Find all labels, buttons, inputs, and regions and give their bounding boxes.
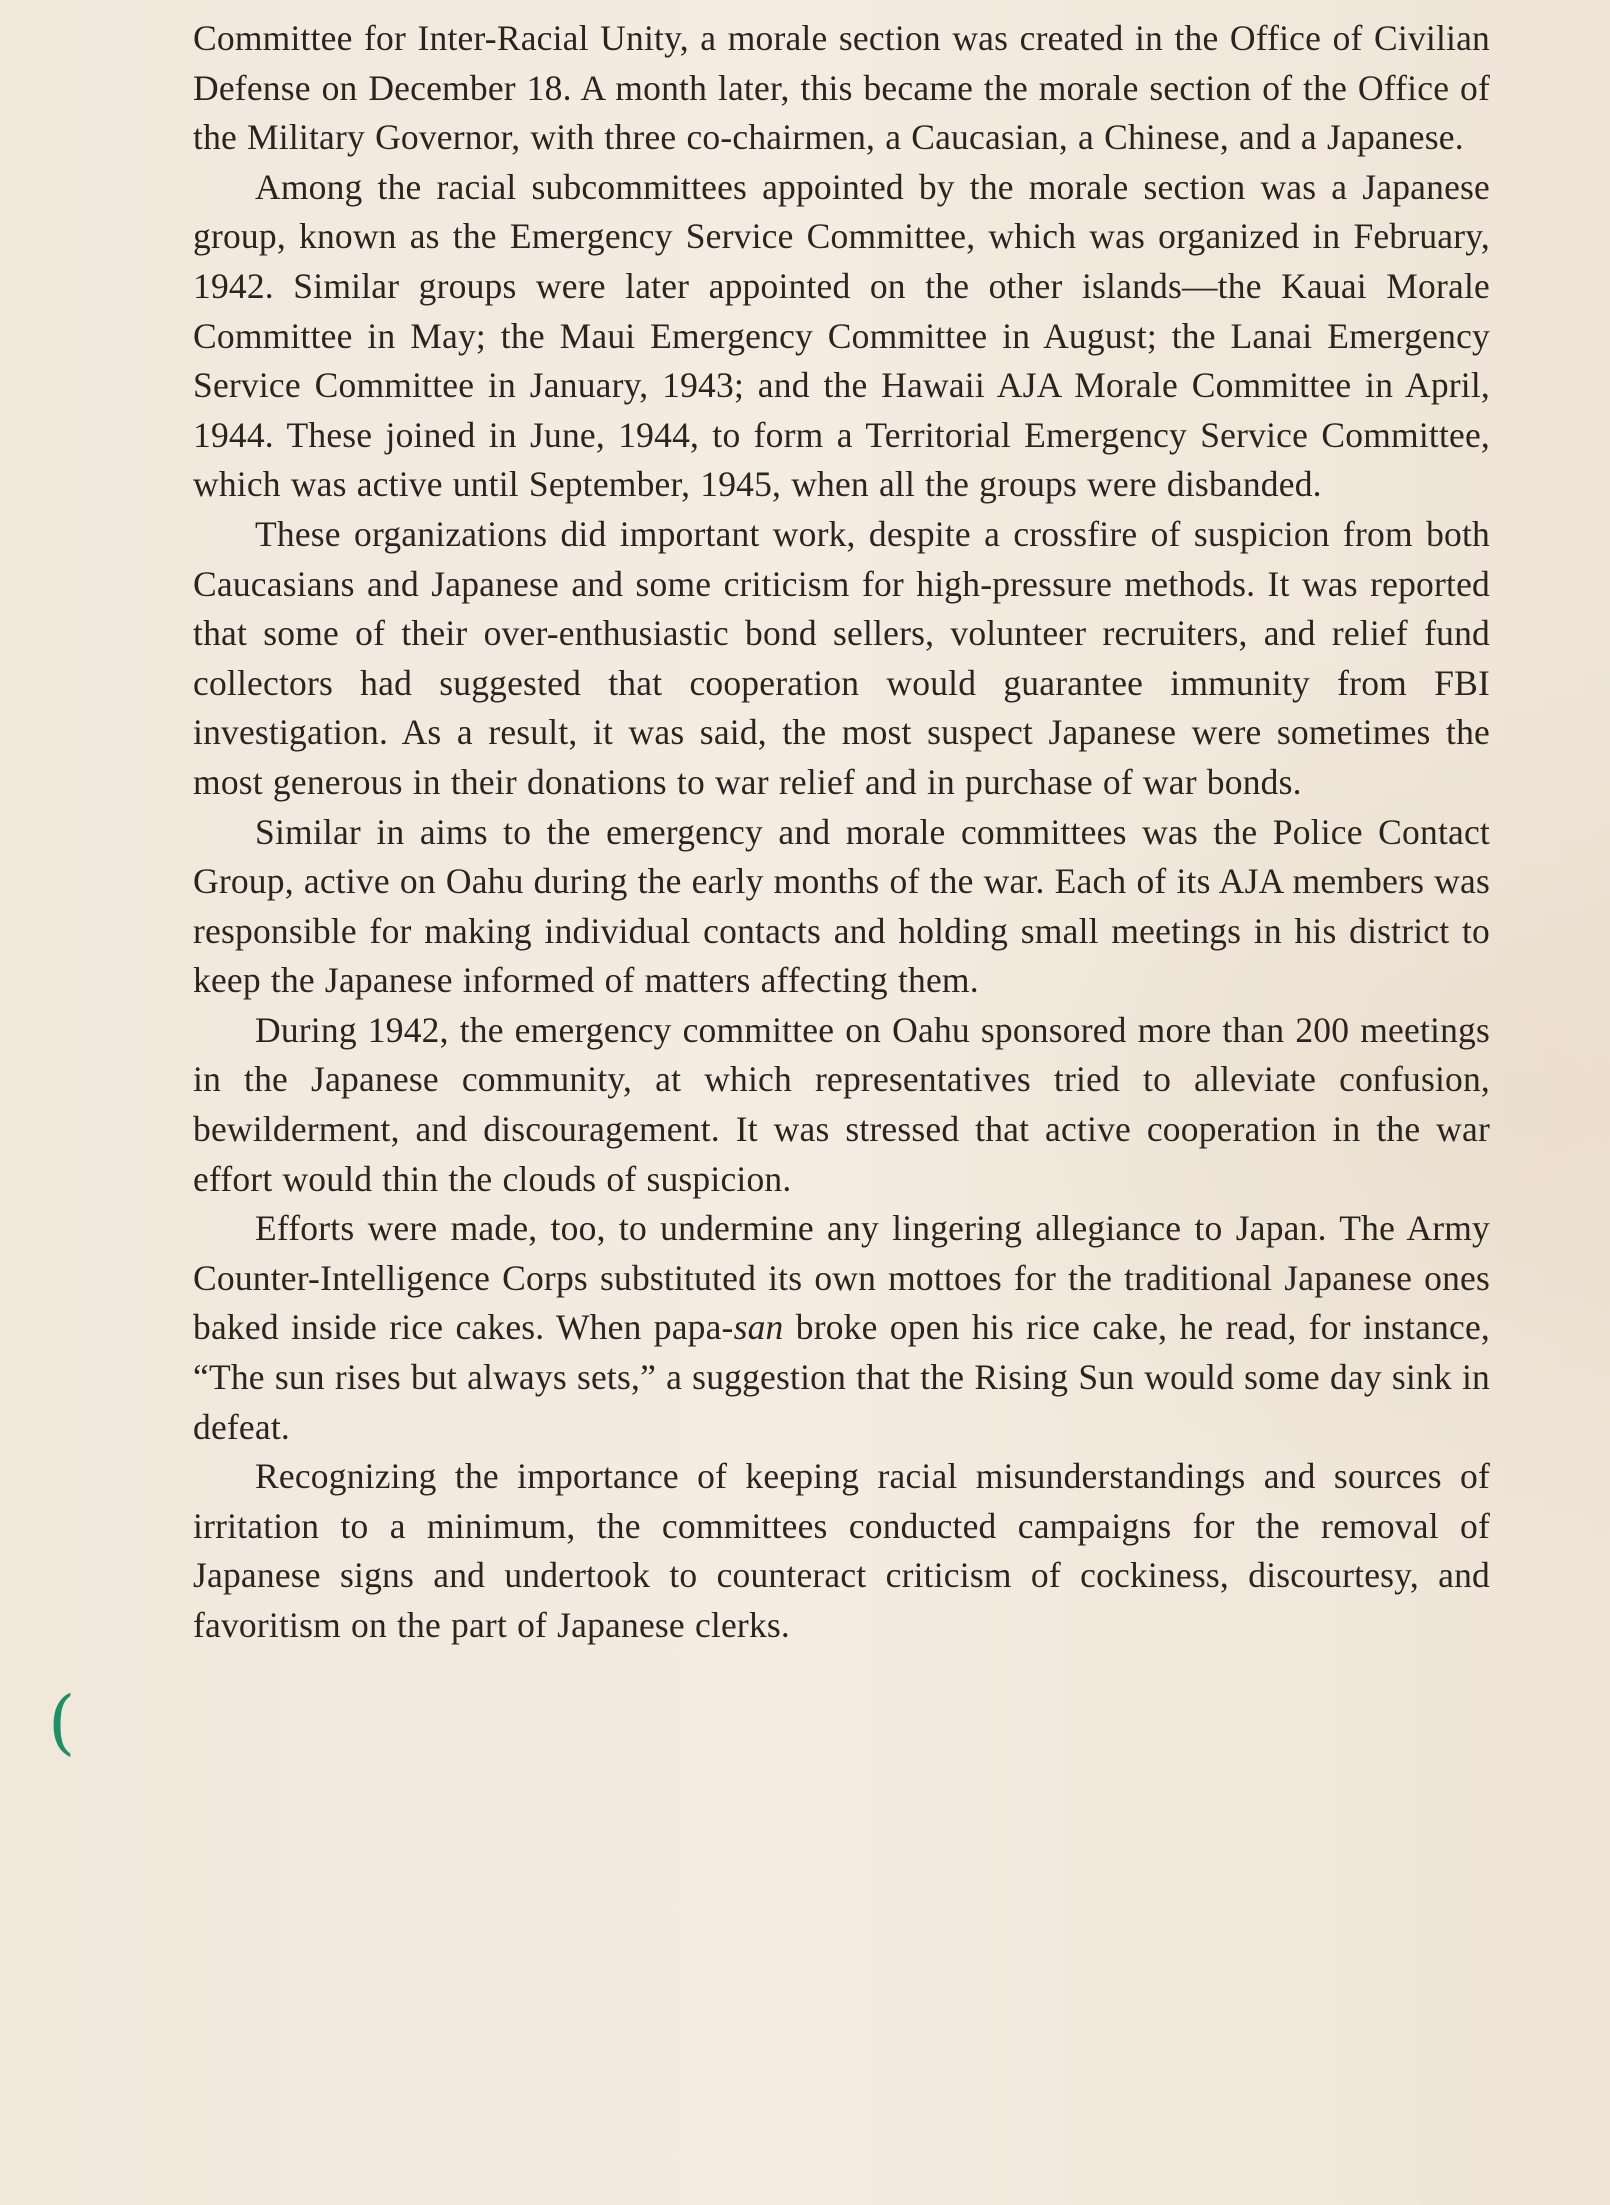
italic-word: san [734, 1307, 784, 1347]
body-text: Committee for Inter-Racial Unity, a mora… [193, 14, 1490, 1651]
margin-bracket-annotation: ( [48, 1682, 78, 1762]
paragraph-oahu-meetings: During 1942, the emergency committee on … [193, 1006, 1490, 1204]
paragraph-emergency-service-committee: Among the racial subcommittees appointed… [193, 163, 1490, 510]
paragraph-rice-cake-mottoes: Efforts were made, too, to undermine any… [193, 1204, 1490, 1452]
paragraph-police-contact-group: Similar in aims to the emergency and mor… [193, 808, 1490, 1006]
paragraph-organizations-work: These organizations did important work, … [193, 510, 1490, 808]
paragraph-continued: Committee for Inter-Racial Unity, a mora… [193, 14, 1490, 163]
paragraph-racial-misunderstandings: Recognizing the importance of keeping ra… [193, 1452, 1490, 1650]
book-page: Committee for Inter-Racial Unity, a mora… [0, 0, 1610, 2205]
